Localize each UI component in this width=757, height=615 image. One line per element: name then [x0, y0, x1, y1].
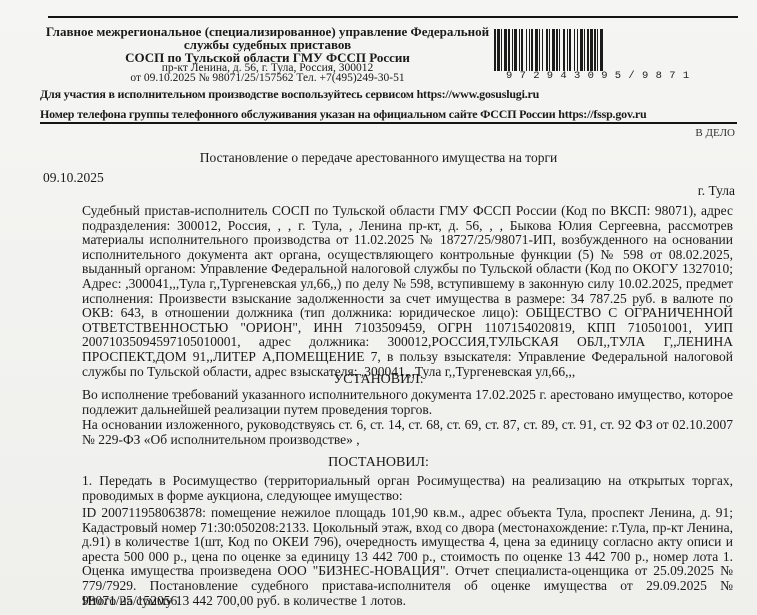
- phone-notice: Номер телефона группы телефонного обслуж…: [40, 107, 647, 122]
- total-paragraph: Итого на сумму 13 442 700,00 руб. в коли…: [38, 594, 733, 609]
- item1-paragraph: 1. Передать в Росимущество (территориаль…: [38, 474, 733, 503]
- barcode-stripe: [603, 29, 604, 71]
- filing-mark: В ДЕЛО: [695, 127, 735, 139]
- document-title: Постановление о передаче арестованного и…: [0, 150, 757, 166]
- established-paragraph: Во исполнение требований указанного испо…: [38, 388, 733, 417]
- document-reference: от 09.10.2025 № 98071/25/157562 Тел. +7(…: [20, 73, 515, 84]
- top-rule: [48, 16, 738, 18]
- barcode: [494, 29, 737, 71]
- document-date: 09.10.2025: [43, 170, 104, 186]
- total-text: Итого на сумму 13 442 700,00 руб. в коли…: [38, 594, 733, 609]
- section-established: УСТАНОВИЛ:: [0, 372, 757, 388]
- barcode-digits: 972943095/9871: [506, 70, 736, 82]
- document-city: г. Тула: [698, 183, 735, 199]
- basis-paragraph: На основании изложенного, руководствуясь…: [38, 418, 733, 447]
- header-bottom-rule: [40, 122, 737, 124]
- intro-text: Судебный пристав-исполнитель СОСП по Тул…: [38, 204, 733, 379]
- section-resolved: ПОСТАНОВИЛ:: [0, 455, 757, 471]
- gosuslugi-notice: Для участия в исполнительном производств…: [40, 87, 539, 102]
- item1-text: 1. Передать в Росимущество (территориаль…: [38, 474, 733, 503]
- document-page: Главное межрегиональное (специализирован…: [0, 0, 757, 615]
- basis-text: На основании изложенного, руководствуясь…: [38, 418, 733, 447]
- established-text: Во исполнение требований указанного испо…: [38, 388, 733, 417]
- intro-paragraph: Судебный пристав-исполнитель СОСП по Тул…: [38, 204, 733, 379]
